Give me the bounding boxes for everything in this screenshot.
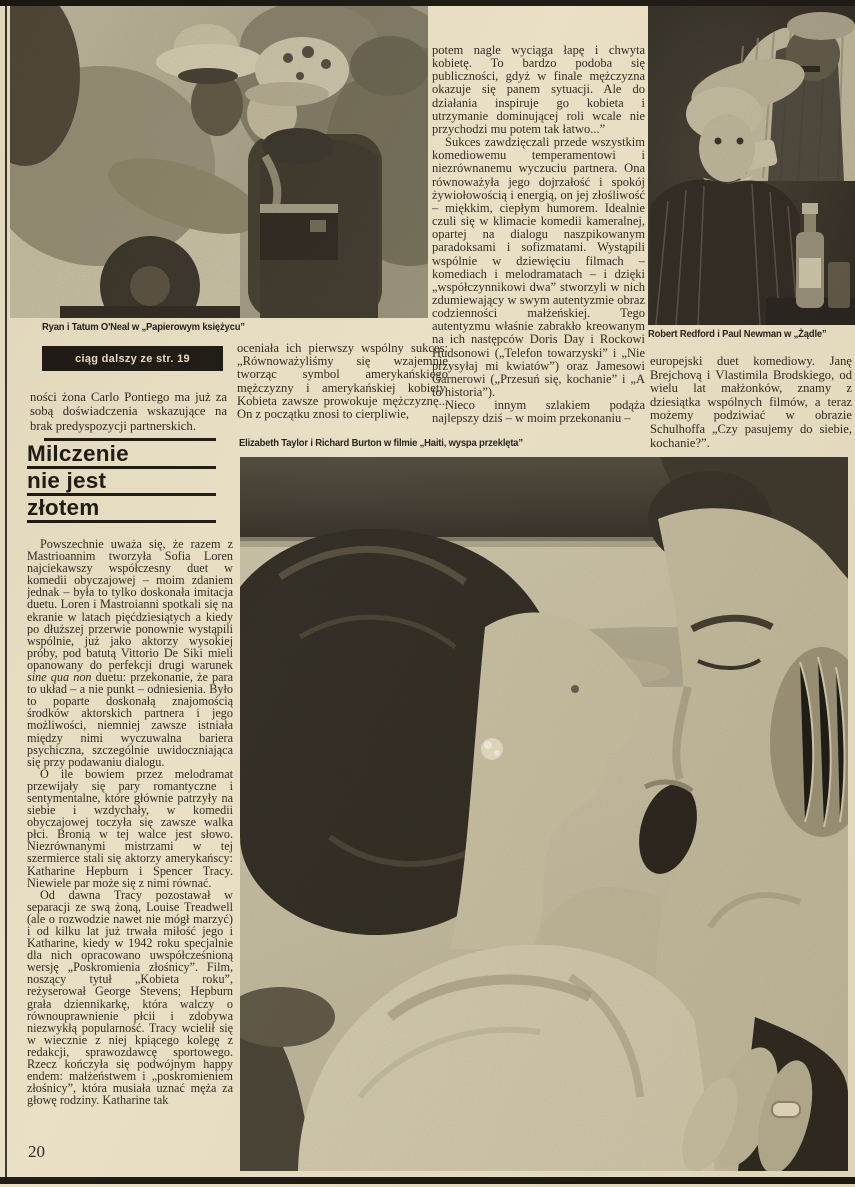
paragraph: europejski duet komediowy. Janę Brejchov… — [650, 355, 852, 450]
paragraph: Powszechnie uważa się, że razem z Mastri… — [27, 538, 233, 768]
photo-kiss-scene — [240, 457, 848, 1171]
article-left-column: Powszechnie uważa się, że razem z Mastri… — [27, 538, 233, 1144]
headline-line-2: nie jest — [27, 471, 216, 496]
paragraph-text: Powszechnie uważa się, że razem z Mastri… — [27, 538, 233, 672]
paragraph: oceniała ich pierwszy wspólny sukces: „R… — [237, 342, 448, 421]
photo-paper-moon-art — [10, 6, 428, 318]
photo-paper-moon — [10, 6, 428, 318]
page-number: 20 — [28, 1142, 45, 1162]
headline-line-3: złotem — [27, 498, 216, 523]
continuation-badge: ciąg dalszy ze str. 19 — [42, 346, 223, 371]
paragraph-text: duetu: przekonanie, że para to układ – a… — [27, 670, 233, 769]
paragraph: Sukces zawdzięczali przede wszystkim kom… — [432, 136, 645, 399]
caption-paper-moon: Ryan i Tatum O'Neal w „Papierowym księży… — [42, 321, 245, 333]
article-column-2: oceniała ich pierwszy wspólny sukces: „R… — [237, 342, 448, 446]
photo-the-sting-art — [648, 6, 855, 325]
photo-kiss-scene-art — [240, 457, 848, 1171]
caption-haiti: Elizabeth Taylor i Richard Burton w film… — [239, 437, 523, 449]
headline-line-1: Milczenie — [27, 444, 216, 469]
caption-the-sting: Robert Redford i Paul Newman w „Żądle” — [648, 328, 827, 340]
page-border-left — [5, 6, 7, 1177]
article-column-1: ności żona Carlo Pontiego ma już za sobą… — [30, 390, 227, 433]
magazine-page: Ryan i Tatum O'Neal w „Papierowym księży… — [0, 0, 855, 1187]
paragraph: ności żona Carlo Pontiego ma już za sobą… — [30, 390, 227, 433]
article-column-4: europejski duet komediowy. Janę Brejchov… — [650, 355, 852, 450]
paragraph: Od dawna Tracy pozostawał w separacji ze… — [27, 889, 233, 1107]
page-border-bottom — [0, 1177, 855, 1184]
paragraph: potem nagle wyciąga łapę i chwyta kobiet… — [432, 44, 645, 136]
photo-the-sting — [648, 6, 855, 325]
paragraph: Nieco innym szlakiem podąża najlepszy dz… — [432, 399, 645, 425]
headline: Milczenie nie jest złotem — [27, 438, 216, 525]
article-column-3: potem nagle wyciąga łapę i chwyta kobiet… — [432, 44, 645, 444]
paragraph: O ile bowiem przez melodramat przewijały… — [27, 768, 233, 889]
